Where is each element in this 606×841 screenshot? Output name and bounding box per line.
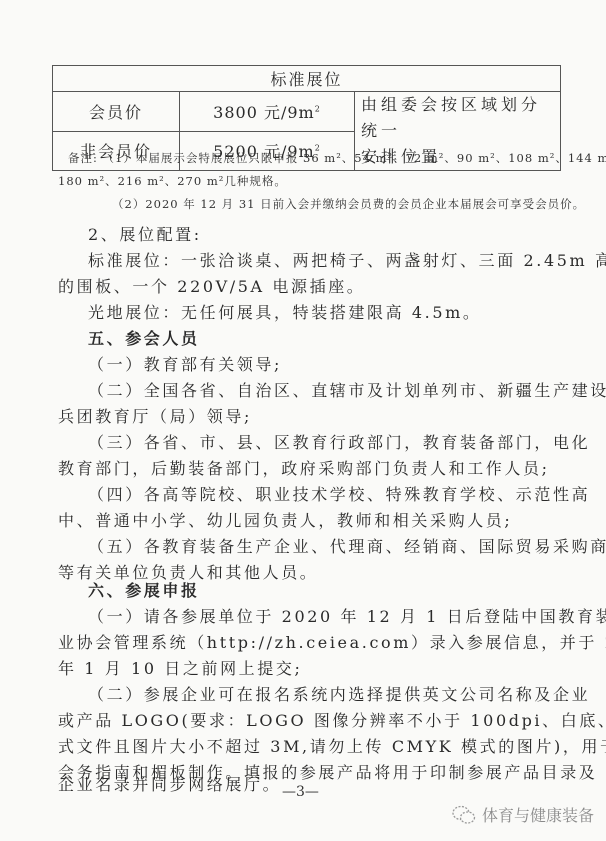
body-line: 年 1 月 10 日之前网上提交; (58, 656, 302, 679)
body-line: 中、普通中小学、幼儿园负责人，教师和相关采购人员; (58, 508, 512, 531)
body-line: 企业名录并同步网络展厅。 (58, 772, 281, 795)
row-price-cell: 3800 元/9m2 (180, 92, 355, 132)
body-line: 标准展位：一张洽谈桌、两把椅子、两盏射灯、三面 2.45m 高 (88, 248, 606, 271)
note-line: （2）2020 年 12 月 31 日前入会并缴纳会员费的会员企业本届展会可享受… (112, 196, 585, 212)
document-page: 标准展位 会员价 3800 元/9m2 由组委会按区域划分统一安排位置 非会员价… (0, 0, 606, 841)
section-heading: 六、参展申报 (88, 578, 200, 601)
table-header-cell: 标准展位 (53, 66, 561, 92)
watermark: 体育与健康装备 (452, 803, 594, 826)
note-line: 180 m²、216 m²、270 m²几种规格。 (58, 173, 287, 189)
body-line: （三）各省、市、县、区教育行政部门，教育装备部门，电化 (88, 430, 590, 453)
page-number: —3— (282, 784, 319, 800)
row-label-cell: 会员价 (53, 92, 180, 132)
body-line: 的围板、一个 220V/5A 电源插座。 (58, 274, 365, 297)
body-line: 业协会管理系统（http://zh.ceiea.com）录入参展信息，并于 20… (58, 630, 606, 653)
table-header-row: 标准展位 (53, 66, 561, 92)
body-line: 式文件且图片大小不超过 3M,请勿上传 CMYK 模式的图片)，用于后期 (58, 734, 606, 757)
body-line: 教育部门，后勤装备部门，政府采购部门负责人和工作人员; (58, 456, 550, 479)
note-line: 备注: （1）本届展示会特展展位只限申报 36 m²、54 m²、72 m²、9… (68, 150, 606, 166)
body-line: （四）各高等院校、职业技术学校、特殊教育学校、示范性高 (88, 482, 590, 505)
body-line: 兵团教育厅（局）领导; (58, 404, 252, 427)
watermark-text: 体育与健康装备 (482, 803, 594, 826)
body-line: 或产品 LOGO(要求：LOGO 图像分辨率不小于 100dpi、白底、jpg … (58, 708, 606, 731)
body-line: （一）教育部有关领导; (88, 352, 282, 375)
body-line: （五）各教育装备生产企业、代理商、经销商、国际贸易采购商 (88, 534, 606, 557)
wechat-icon (452, 805, 476, 825)
section-heading: 五、参会人员 (88, 326, 200, 349)
body-line: （一）请各参展单位于 2020 年 12 月 1 日后登陆中国教育装备行 (88, 604, 606, 627)
table-row: 会员价 3800 元/9m2 由组委会按区域划分统一安排位置 (53, 92, 561, 132)
body-line: 2、展位配置: (88, 222, 202, 245)
body-line: 光地展位：无任何展具，特装搭建限高 4.5m。 (88, 300, 482, 323)
body-line: （二）参展企业可在报名系统内选择提供英文公司名称及企业 (88, 682, 590, 705)
body-line: （二）全国各省、自治区、直辖市及计划单列市、新疆生产建设 (88, 378, 606, 401)
